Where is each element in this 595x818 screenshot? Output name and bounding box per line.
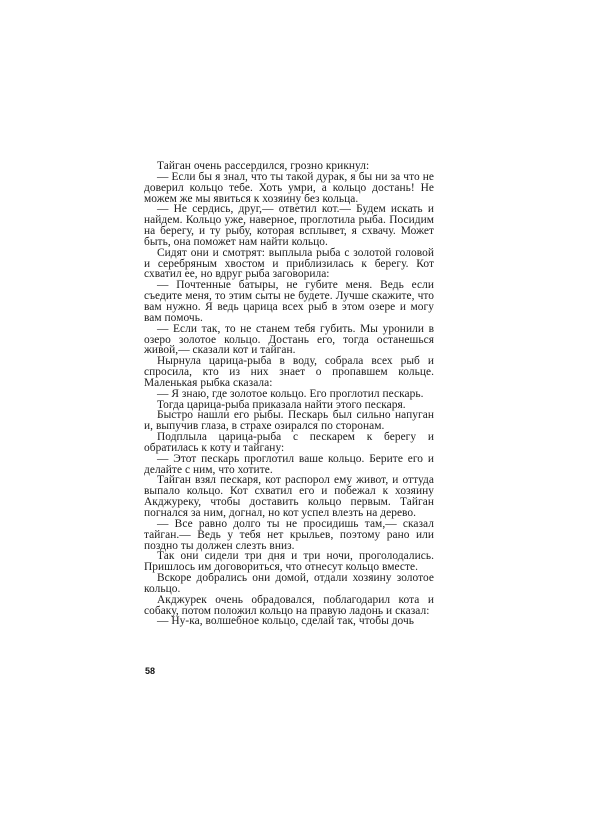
paragraph: Тайган взял пескаря, кот распорол ему жи…: [144, 475, 434, 518]
page-number: 58: [145, 666, 155, 676]
paragraph: Быстро нашли его рыбы. Пескарь был сильн…: [144, 410, 434, 432]
paragraph: — Ну-ка, волшебное кольцо, сделай так, ч…: [144, 616, 434, 627]
paragraph: — Если так, то не станем тебя губить. Мы…: [144, 324, 434, 357]
paragraph: Подплыла царица-рыба с пескарем к берегу…: [144, 432, 434, 454]
paragraph: Сидят они и смотрят: выплыла рыба с золо…: [144, 248, 434, 281]
paragraph: — Все равно долго ты не просидишь там,— …: [144, 519, 434, 552]
paragraph: — Не сердись, друг,— ответил кот.— Будем…: [144, 204, 434, 247]
paragraph: — Если бы я знал, что ты такой дурак, я …: [144, 172, 434, 205]
paragraph: — Этот пескарь проглотил ваше кольцо. Бе…: [144, 454, 434, 476]
paragraph: Нырнула царица-рыба в воду, собрала всех…: [144, 356, 434, 389]
paragraph: Акджурек очень обрадовался, поблагодарил…: [144, 595, 434, 617]
paragraph: — Я знаю, где золотое кольцо. Его прогло…: [144, 389, 434, 400]
paragraph: Вскоре добрались они домой, отдали хозяи…: [144, 573, 434, 595]
page-body-text: Тайган очень рассердился, грозно крикнул…: [144, 161, 434, 627]
paragraph: — Почтенные батыры, не губите меня. Ведь…: [144, 280, 434, 323]
paragraph: Так они сидели три дня и три ночи, прого…: [144, 551, 434, 573]
